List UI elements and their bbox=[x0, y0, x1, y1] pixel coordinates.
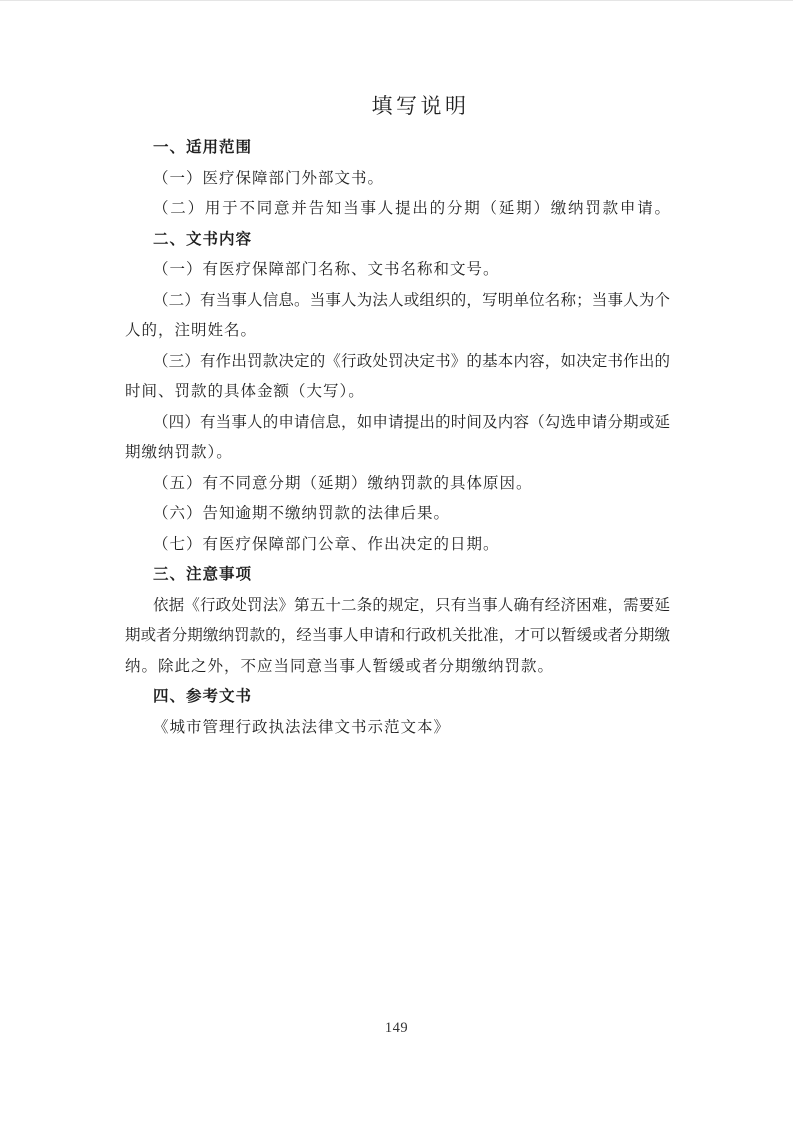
paragraph-line: 《城市管理行政执法法律文书示范文本》 bbox=[125, 713, 670, 744]
page-number: 149 bbox=[0, 1019, 793, 1037]
paragraph-line: 依据《行政处罚法》第五十二条的规定，只有当事人确有经济困难，需要延 bbox=[125, 591, 670, 622]
paragraph-line: （六）告知逾期不缴纳罚款的法律后果。 bbox=[125, 499, 670, 530]
paragraph-line: 期或者分期缴纳罚款的，经当事人申请和行政机关批准，才可以暂缓或者分期缴 bbox=[125, 621, 670, 652]
paragraph-line: 人的，注明姓名。 bbox=[125, 316, 670, 347]
paragraph-line: （二）有当事人信息。当事人为法人或组织的，写明单位名称；当事人为个 bbox=[125, 286, 670, 317]
paragraph-line: 纳。除此之外，不应当同意当事人暂缓或者分期缴纳罚款。 bbox=[125, 652, 670, 683]
paragraph-line: 时间、罚款的具体金额（大写）。 bbox=[125, 377, 670, 408]
paragraph-line: （一）有医疗保障部门名称、文书名称和文号。 bbox=[125, 255, 670, 286]
paragraph-line: （二）用于不同意并告知当事人提出的分期（延期）缴纳罚款申请。 bbox=[125, 194, 670, 225]
paragraph-line: （一）医疗保障部门外部文书。 bbox=[125, 164, 670, 195]
paragraph-line: （三）有作出罚款决定的《行政处罚决定书》的基本内容，如决定书作出的 bbox=[125, 347, 670, 378]
section-1-heading: 一、适用范围 bbox=[125, 133, 670, 164]
section-2-heading: 二、文书内容 bbox=[125, 225, 670, 256]
paragraph-line: （五）有不同意分期（延期）缴纳罚款的具体原因。 bbox=[125, 469, 670, 500]
section-3-heading: 三、注意事项 bbox=[125, 560, 670, 591]
paragraph-line: 期缴纳罚款）。 bbox=[125, 438, 670, 469]
document-page: 填写说明 一、适用范围 （一）医疗保障部门外部文书。 （二）用于不同意并告知当事… bbox=[0, 0, 793, 1122]
page-title: 填写说明 bbox=[125, 91, 670, 122]
paragraph-line: （七）有医疗保障部门公章、作出决定的日期。 bbox=[125, 530, 670, 561]
document-content: 填写说明 一、适用范围 （一）医疗保障部门外部文书。 （二）用于不同意并告知当事… bbox=[125, 91, 670, 743]
paragraph-line: （四）有当事人的申请信息，如申请提出的时间及内容（勾选申请分期或延 bbox=[125, 408, 670, 439]
section-4-heading: 四、参考文书 bbox=[125, 682, 670, 713]
